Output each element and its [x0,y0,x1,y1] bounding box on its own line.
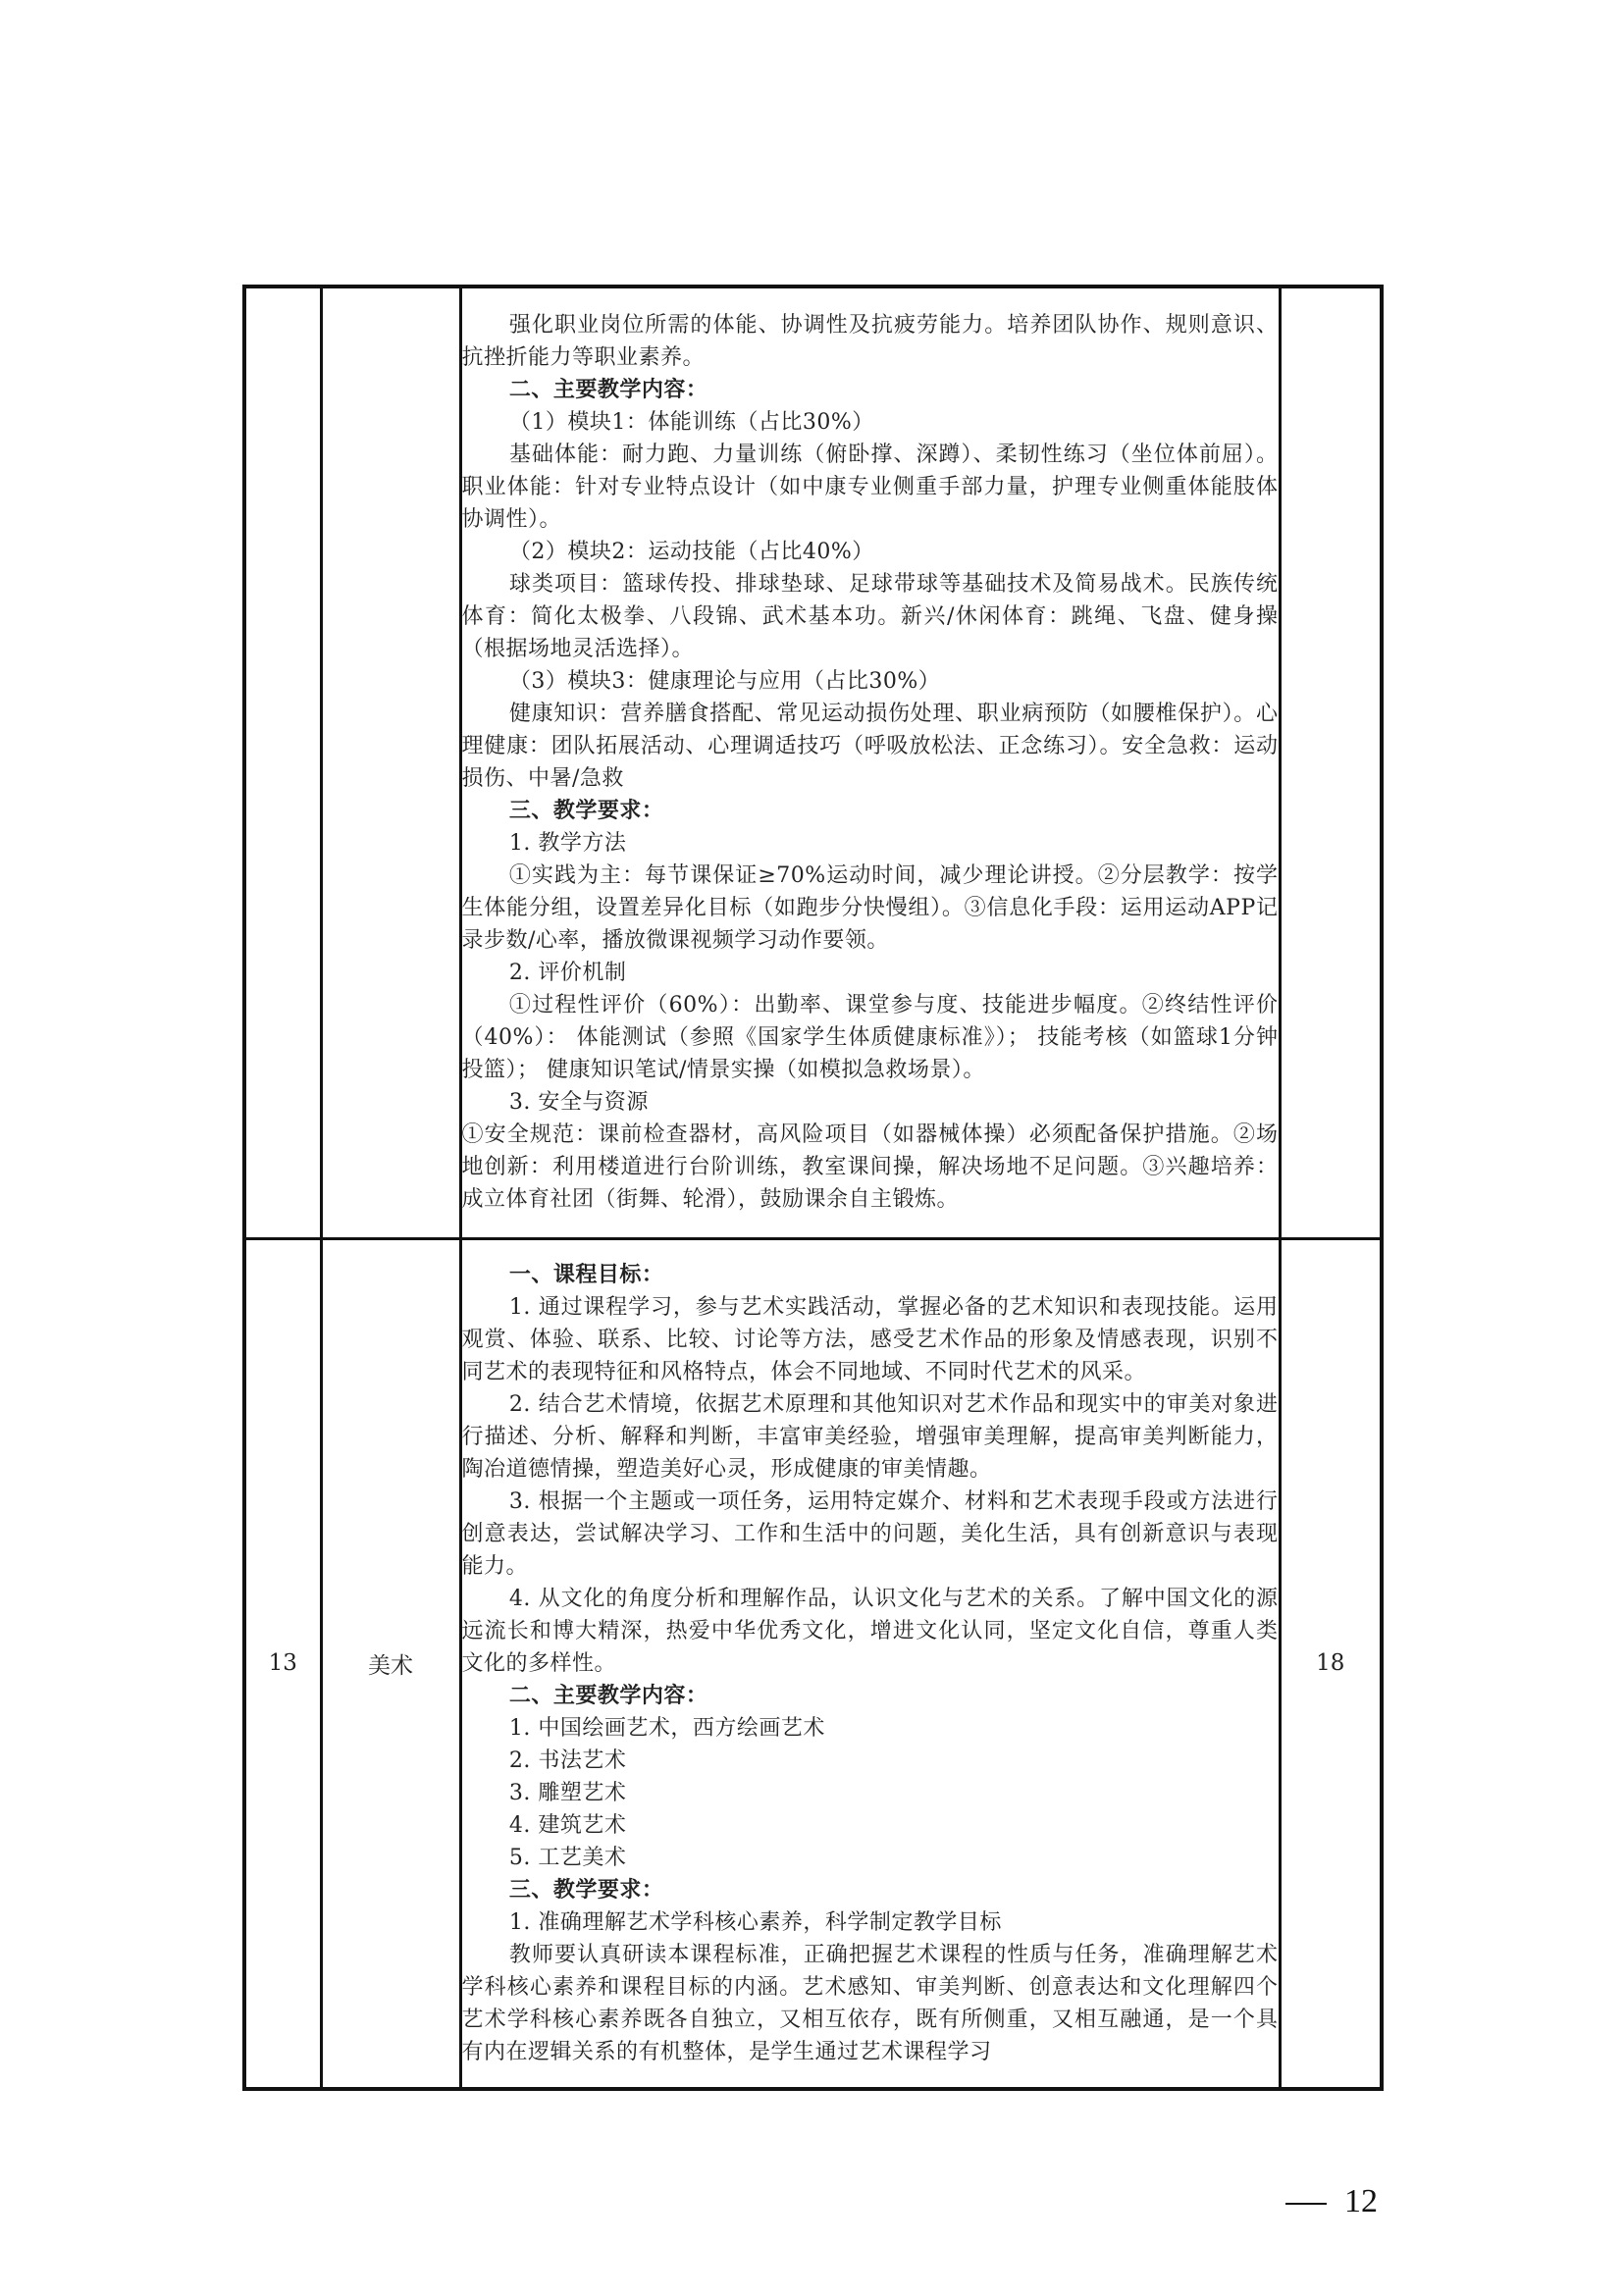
table-row-art: 13 美术 一、课程目标：1. 通过课程学习，参与艺术实践活动，掌握必备的艺术知… [244,1238,1382,2089]
section-heading: 一、课程目标： [462,1259,1279,1291]
course-content-cell: 强化职业岗位所需的体能、协调性及抗疲劳能力。培养团队协作、规则意识、抗挫折能力等… [460,287,1280,1238]
hours-cell [1280,287,1382,1238]
curriculum-table: 强化职业岗位所需的体能、协调性及抗疲劳能力。培养团队协作、规则意识、抗挫折能力等… [242,285,1384,2091]
section-heading: 三、教学要求： [462,1874,1279,1906]
list-item: 5. 工艺美术 [462,1842,1279,1874]
content-blocks: 一、课程目标：1. 通过课程学习，参与艺术实践活动，掌握必备的艺术知识和表现技能… [462,1259,1279,2068]
dash-decoration [1285,2203,1327,2205]
paragraph: ①安全规范：课前检查器材，高风险项目（如器械体操）必须配备保护措施。②场地创新：… [462,1119,1279,1216]
paragraph: 2. 结合艺术情境，依据艺术原理和其他知识对艺术作品和现实中的审美对象进行描述、… [462,1388,1279,1486]
list-item: （3）模块3：健康理论与应用（占比30%） [462,665,1279,698]
paragraph: ①实践为主：每节课保证≥70%运动时间，减少理论讲授。②分层教学：按学生体能分组… [462,860,1279,957]
section-heading: 三、教学要求： [462,795,1279,827]
paragraph: 球类项目：篮球传投、排球垫球、足球带球等基础技术及简易战术。民族传统体育：简化太… [462,568,1279,665]
list-item: （1）模块1：体能训练（占比30%） [462,406,1279,439]
paragraph: 强化职业岗位所需的体能、协调性及抗疲劳能力。培养团队协作、规则意识、抗挫折能力等… [462,309,1279,374]
list-item: 2. 评价机制 [462,957,1279,989]
hours-cell: 18 [1280,1238,1382,2089]
paragraph: 教师要认真研读本课程标准，正确把握艺术课程的性质与任务，准确理解艺术学科核心素养… [462,1939,1279,2068]
section-heading: 二、主要教学内容： [462,1680,1279,1712]
list-item: 1. 准确理解艺术学科核心素养，科学制定教学目标 [462,1906,1279,1939]
row-number-cell: 13 [244,1238,321,2089]
page-footer: 12 [1285,2183,1378,2220]
list-item: 4. 建筑艺术 [462,1809,1279,1842]
list-item: 3. 安全与资源 [462,1086,1279,1119]
content-blocks: 强化职业岗位所需的体能、协调性及抗疲劳能力。培养团队协作、规则意识、抗挫折能力等… [462,309,1279,1216]
paragraph: 健康知识：营养膳食搭配、常见运动损伤处理、职业病预防（如腰椎保护）。心理健康：团… [462,698,1279,795]
table-row-continued: 强化职业岗位所需的体能、协调性及抗疲劳能力。培养团队协作、规则意识、抗挫折能力等… [244,287,1382,1238]
row-number-cell [244,287,321,1238]
course-name-cell [321,287,460,1238]
list-item: （2）模块2：运动技能（占比40%） [462,536,1279,568]
course-name-cell: 美术 [321,1238,460,2089]
list-item: 1. 教学方法 [462,827,1279,860]
page-number: 12 [1344,2183,1378,2219]
document-page: 强化职业岗位所需的体能、协调性及抗疲劳能力。培养团队协作、规则意识、抗挫折能力等… [0,0,1624,2295]
course-content-cell: 一、课程目标：1. 通过课程学习，参与艺术实践活动，掌握必备的艺术知识和表现技能… [460,1238,1280,2089]
paragraph: 1. 通过课程学习，参与艺术实践活动，掌握必备的艺术知识和表现技能。运用观赏、体… [462,1291,1279,1388]
paragraph: 基础体能：耐力跑、力量训练（俯卧撑、深蹲）、柔韧性练习（坐位体前屈）。职业体能：… [462,439,1279,536]
paragraph: 3. 根据一个主题或一项任务，运用特定媒介、材料和艺术表现手段或方法进行创意表达… [462,1486,1279,1583]
list-item: 2. 书法艺术 [462,1745,1279,1777]
section-heading: 二、主要教学内容： [462,374,1279,406]
list-item: 1. 中国绘画艺术，西方绘画艺术 [462,1712,1279,1745]
list-item: 3. 雕塑艺术 [462,1777,1279,1809]
paragraph: ①过程性评价（60%）：出勤率、课堂参与度、技能进步幅度。②终结性评价（40%）… [462,989,1279,1086]
paragraph: 4. 从文化的角度分析和理解作品，认识文化与艺术的关系。了解中国文化的源远流长和… [462,1583,1279,1680]
